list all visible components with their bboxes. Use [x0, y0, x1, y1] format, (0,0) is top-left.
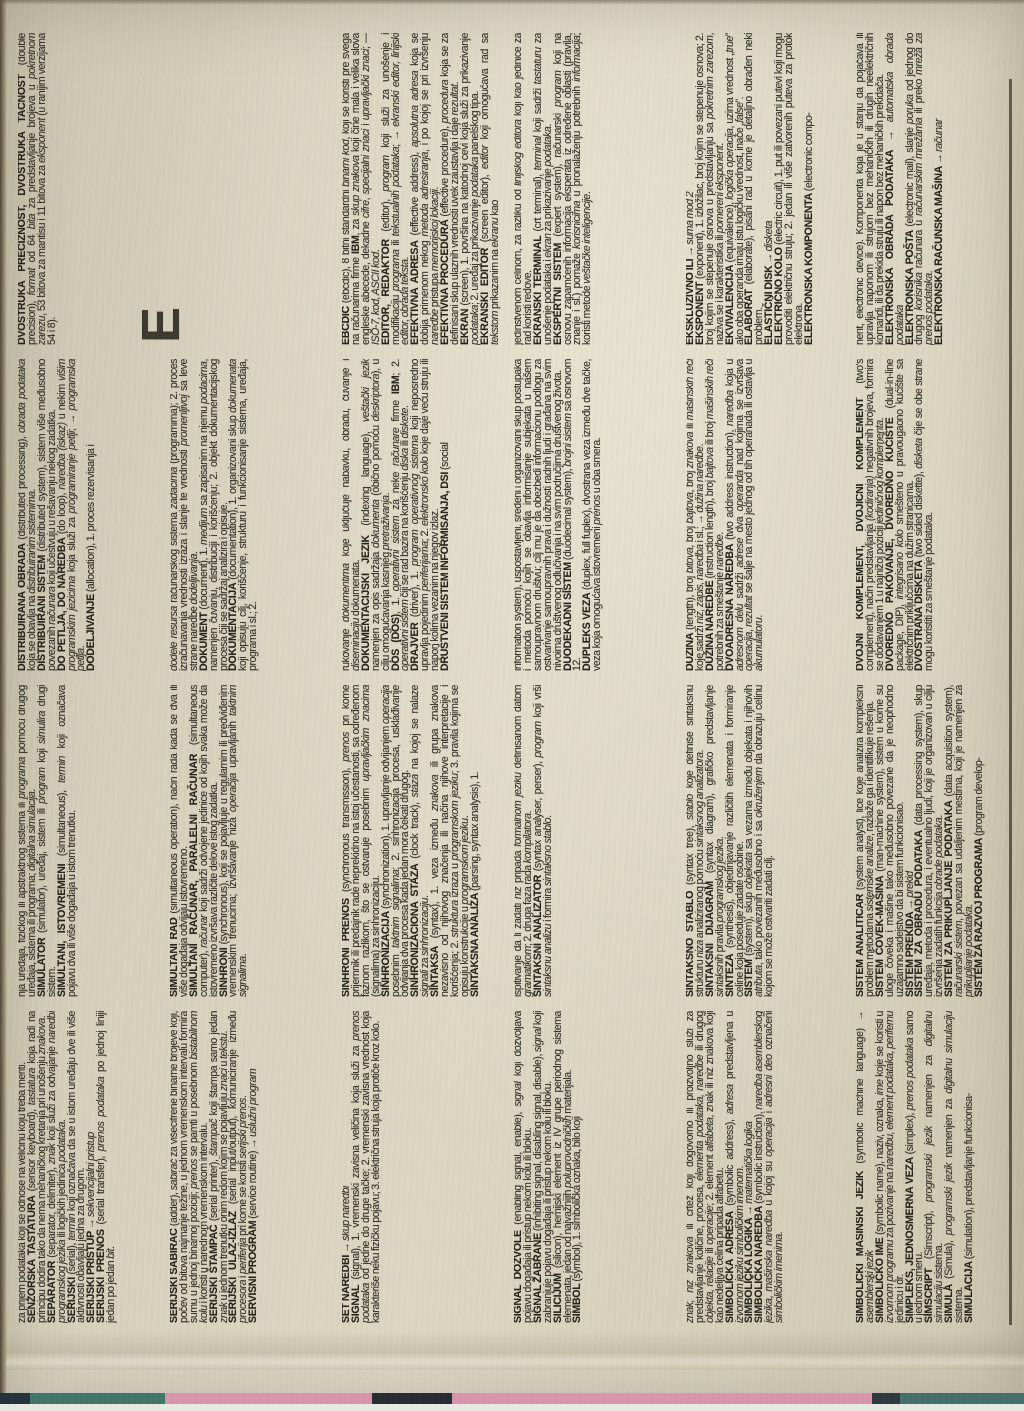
dictionary-text: EKSKLUZIVNO ILI → suma mod 2EKSPONENT (e…	[686, 33, 815, 345]
text-cell: nent, electronic device). Komponenta koj…	[856, 33, 1006, 345]
dictionary-text: SERIJSKI SABIRAČ (adder), sabirač za viš…	[170, 1011, 259, 1323]
dictionary-text: dodele resursa računarskog sistema zadac…	[170, 359, 259, 671]
text-cell: SERIJSKI SABIRAČ (adder), sabirač za viš…	[170, 1011, 332, 1323]
text-cell: SIMULTANI RAD (simultaneous operation), …	[170, 685, 332, 997]
text-cell: SIMBOLIČKI MAŠINSKI JEZIK (symbolic mach…	[856, 1011, 1006, 1323]
dictionary-text: za prijem podataka koji se odnose na vel…	[18, 1011, 117, 1323]
dictionary-text: SINTAKSNO STABLO (syntax tree), stablo k…	[686, 685, 775, 997]
text-cell: dodele resursa računarskog sistema zadac…	[170, 359, 332, 671]
dictionary-text: nja uređaja, fizičkog ili apstraktnog si…	[18, 685, 77, 997]
page-edge-stripe-segment	[30, 1393, 165, 1404]
page-edge-stripe	[0, 1393, 1024, 1404]
text-cell: DUŽINA (length), broj bitova, broj bajto…	[686, 359, 848, 671]
page-top-edge-shadow	[0, 0, 1024, 5]
text-cell: DISTRIBUIRANA OBRADA (distributed proces…	[18, 359, 164, 671]
text-cell: ispitivanje da li zadati niz pripada for…	[514, 685, 676, 997]
dictionary-text: SINHRONI PRENOS (synchronous transmissio…	[342, 685, 481, 997]
text-cell: nja uređaja, fizičkog ili apstraktnog si…	[18, 685, 164, 997]
dictionary-text: jedinstvenom celinom, za razliku od lini…	[514, 33, 593, 345]
paper-wrinkle-shading	[0, 1330, 1024, 1370]
dictionary-text: DISTRIBUIRANA OBRADA (distributed proces…	[18, 359, 97, 671]
section-letter-heading: E	[136, 283, 188, 343]
dictionary-text: SIMULTANI RAD (simultaneous operation), …	[170, 685, 249, 997]
dictionary-text: EBCDIC (ebcdic), 8 bitni standardni bina…	[342, 33, 501, 345]
text-cell: znak, niz znakova ili crtež koji dogovor…	[686, 1011, 848, 1323]
footer-rule	[1009, 79, 1012, 1325]
dictionary-text: nent, electronic device). Komponenta koj…	[856, 33, 945, 345]
dictionary-text: znak, niz znakova ili crtež koji dogovor…	[686, 1011, 785, 1323]
text-cell: EKSKLUZIVNO ILI → suma mod 2EKSPONENT (e…	[686, 33, 848, 345]
dictionary-text: ispitivanje da li zadati niz pripada for…	[514, 685, 554, 997]
page-edge-stripe-segment	[372, 1393, 452, 1404]
text-cell: SINTAKSNO STABLO (syntax tree), stablo k…	[686, 685, 848, 997]
text-cell	[170, 33, 332, 345]
underlying-page-sliver	[0, 1404, 1024, 1411]
dictionary-text: SIMBOLIČKI MAŠINSKI JEZIK (symbolic mach…	[856, 1011, 975, 1323]
page-edge-stripe-segment	[452, 1393, 872, 1404]
page-left-edge-shadow	[0, 0, 7, 1411]
page-edge-stripe-segment	[872, 1393, 900, 1404]
text-cell: jedinstvenom celinom, za razliku od lini…	[514, 33, 676, 345]
dictionary-text: SISTEM ANALITIČAR (system analyst), lice…	[856, 685, 985, 997]
dictionary-text: SIGNAL DOZVOLE (enabling signal, enable)…	[514, 1011, 583, 1323]
dictionary-text: SET NAREDBI → skup naredbiSIGNAL (signal…	[342, 1011, 382, 1323]
dictionary-text: information system), uspostavljeni, sređ…	[514, 359, 603, 671]
scanned-dictionary-page: za prijem podataka koji se odnose na vel…	[0, 0, 1024, 1411]
text-cell: SET NAREDBI → skup naredbiSIGNAL (signal…	[342, 1011, 504, 1323]
text-cell: EBCDIC (ebcdic), 8 bitni standardni bina…	[342, 33, 504, 345]
page-edge-stripe-segment	[0, 1393, 30, 1404]
dictionary-text: DUŽINA (length), broj bitova, broj bajto…	[686, 359, 765, 671]
text-cell: rukovanje dokumentima koje uključuje nab…	[342, 359, 504, 671]
text-cell: za prijem podataka koji se odnose na vel…	[18, 1011, 164, 1323]
dictionary-text: DVOSTRUKA PRECIZNOST, DVOSTRUKA TAČNOST …	[18, 33, 58, 345]
text-cell: SISTEM ANALITIČAR (system analyst), lice…	[856, 685, 1006, 997]
text-cell: information system), uspostavljeni, sređ…	[514, 359, 676, 671]
dictionary-text: rukovanje dokumentima koje uključuje nab…	[342, 359, 451, 671]
text-cell: DVOJNI KOMPLEMENT, DVOJIČNI KOMPLEMENT (…	[856, 359, 1006, 671]
page-edge-stripe-segment	[165, 1393, 372, 1404]
page-edge-stripe-segment	[900, 1393, 1024, 1404]
text-cell: SIGNAL DOZVOLE (enabling signal, enable)…	[514, 1011, 676, 1323]
dictionary-text: DVOJNI KOMPLEMENT, DVOJIČNI KOMPLEMENT (…	[856, 359, 935, 671]
text-cell: SINHRONI PRENOS (synchronous transmissio…	[342, 685, 504, 997]
rotated-sheet: za prijem podataka koji se odnose na vel…	[0, 0, 1024, 1411]
